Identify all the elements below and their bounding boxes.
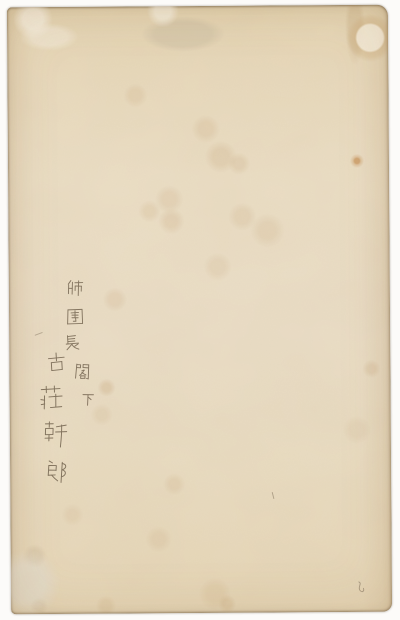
glyph-shi <box>68 281 83 296</box>
postcard-back: 師團長閣下 古荘幹郎 <box>7 5 392 615</box>
inscription-column-right <box>65 280 93 405</box>
glyph-cho <box>66 335 79 350</box>
glyph-kaku <box>76 364 90 379</box>
inscription-column-left <box>40 352 67 482</box>
glyph-dan <box>68 309 83 324</box>
handwriting-strokes <box>7 5 392 615</box>
handwritten-inscription: 師團長閣下 古荘幹郎 <box>7 5 392 615</box>
glyph-ka <box>83 394 94 405</box>
glyph-kan <box>45 422 67 448</box>
glyph-ko <box>48 352 65 370</box>
glyph-ro <box>48 461 66 483</box>
scan-surface: 師團長閣下 古荘幹郎 <box>0 0 400 620</box>
glyph-so <box>41 386 63 409</box>
